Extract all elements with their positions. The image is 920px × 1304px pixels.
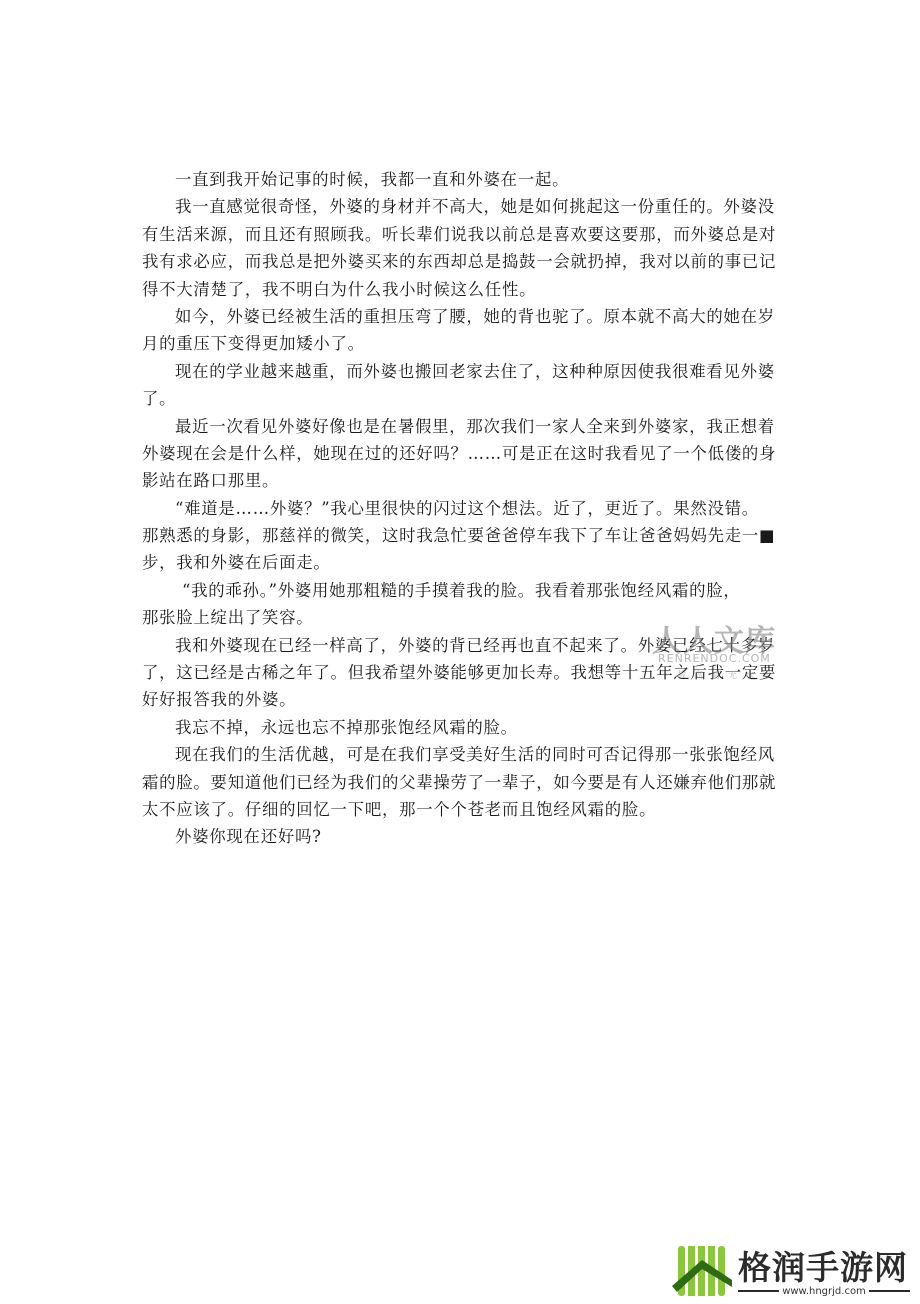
text-line: 我一直感觉很奇怪，外婆的身材并不高大，她是如何挑起这一份重任的。外婆没 — [142, 193, 782, 220]
text-line: 我忘不掉，永远也忘不掉那张饱经风霜的脸。 — [142, 714, 782, 741]
site-logo[interactable]: 格润手游网 www.hngrjd.com — [672, 1240, 912, 1300]
essay-body: 一直到我开始记事的时候，我都一直和外婆在一起。 我一直感觉很奇怪，外婆的身材并不… — [142, 166, 782, 851]
text-line: 有生活来源，而且还有照顾我。听长辈们说我以前总是喜欢要这要那，而外婆总是对 — [142, 221, 782, 248]
text-line: “难道是……外婆？”我心里很快的闪过这个想法。近了，更近了。果然没错。 — [142, 495, 782, 522]
text-line: 影站在路口那里。 — [142, 467, 782, 494]
text-line: 了，这已经是古稀之年了。但我希望外婆能够更加长寿。我想等十五年之后我一定要 — [142, 659, 782, 686]
text-line: 现在的学业越来越重，而外婆也搬回老家去住了，这种种原因使我很难看见外婆 — [142, 358, 782, 385]
text-line: 得不大清楚了，我不明白为什么我小时候这么任性。 — [142, 276, 782, 303]
house-logo-icon — [672, 1240, 732, 1300]
text-line: 霜的脸。要知道他们已经为我们的父辈操劳了一辈子，如今要是有人还嫌弃他们那就 — [142, 769, 782, 796]
text-line: 了。 — [142, 385, 782, 412]
text-line: 现在我们的生活优越，可是在我们享受美好生活的同时可否记得那一张张饱经风 — [142, 741, 782, 768]
text-line: 好好报答我的外婆。 — [142, 686, 782, 713]
text-line: 太不应该了。仔细的回忆一下吧，那一个个苍老而且饱经风霜的脸。 — [142, 796, 782, 823]
text-line: 那熟悉的身影，那慈祥的微笑，这时我急忙要爸爸停车我下了车让爸爸妈妈先走一■ — [142, 522, 782, 549]
text-line: 我和外婆现在已经一样高了，外婆的背已经再也直不起来了。外婆已经七十多岁 — [142, 632, 782, 659]
text-line: 如今，外婆已经被生活的重担压弯了腰，她的背也驼了。原本就不高大的她在岁 — [142, 303, 782, 330]
text-line: 那张脸上绽出了笑容。 — [142, 604, 782, 631]
text-line: 最近一次看见外婆好像也是在暑假里，那次我们一家人全来到外婆家，我正想着 — [142, 413, 782, 440]
document-page: 一直到我开始记事的时候，我都一直和外婆在一起。 我一直感觉很奇怪，外婆的身材并不… — [0, 0, 920, 1304]
text-line: 月的重压下变得更加矮小了。 — [142, 330, 782, 357]
logo-url: www.hngrjd.com — [779, 1286, 869, 1297]
divider — [869, 1290, 910, 1292]
text-line: “我的乖孙。”外婆用她那粗糙的手摸着我的脸。我看着那张饱经风霜的脸， — [142, 577, 782, 604]
divider — [738, 1290, 779, 1292]
logo-title: 格润手游网 — [738, 1242, 908, 1289]
logo-url-row: www.hngrjd.com — [738, 1284, 910, 1298]
text-line: 外婆现在会是什么样，她现在过的还好吗？……可是正在这时我看见了一个低偻的身 — [142, 440, 782, 467]
text-line: 外婆你现在还好吗? — [142, 823, 782, 850]
text-line: 我有求必应，而我总是把外婆买来的东西却总是捣鼓一会就扔掉，我对以前的事已记 — [142, 248, 782, 275]
text-line: 步，我和外婆在后面走。 — [142, 549, 782, 576]
text-line: 一直到我开始记事的时候，我都一直和外婆在一起。 — [142, 166, 782, 193]
